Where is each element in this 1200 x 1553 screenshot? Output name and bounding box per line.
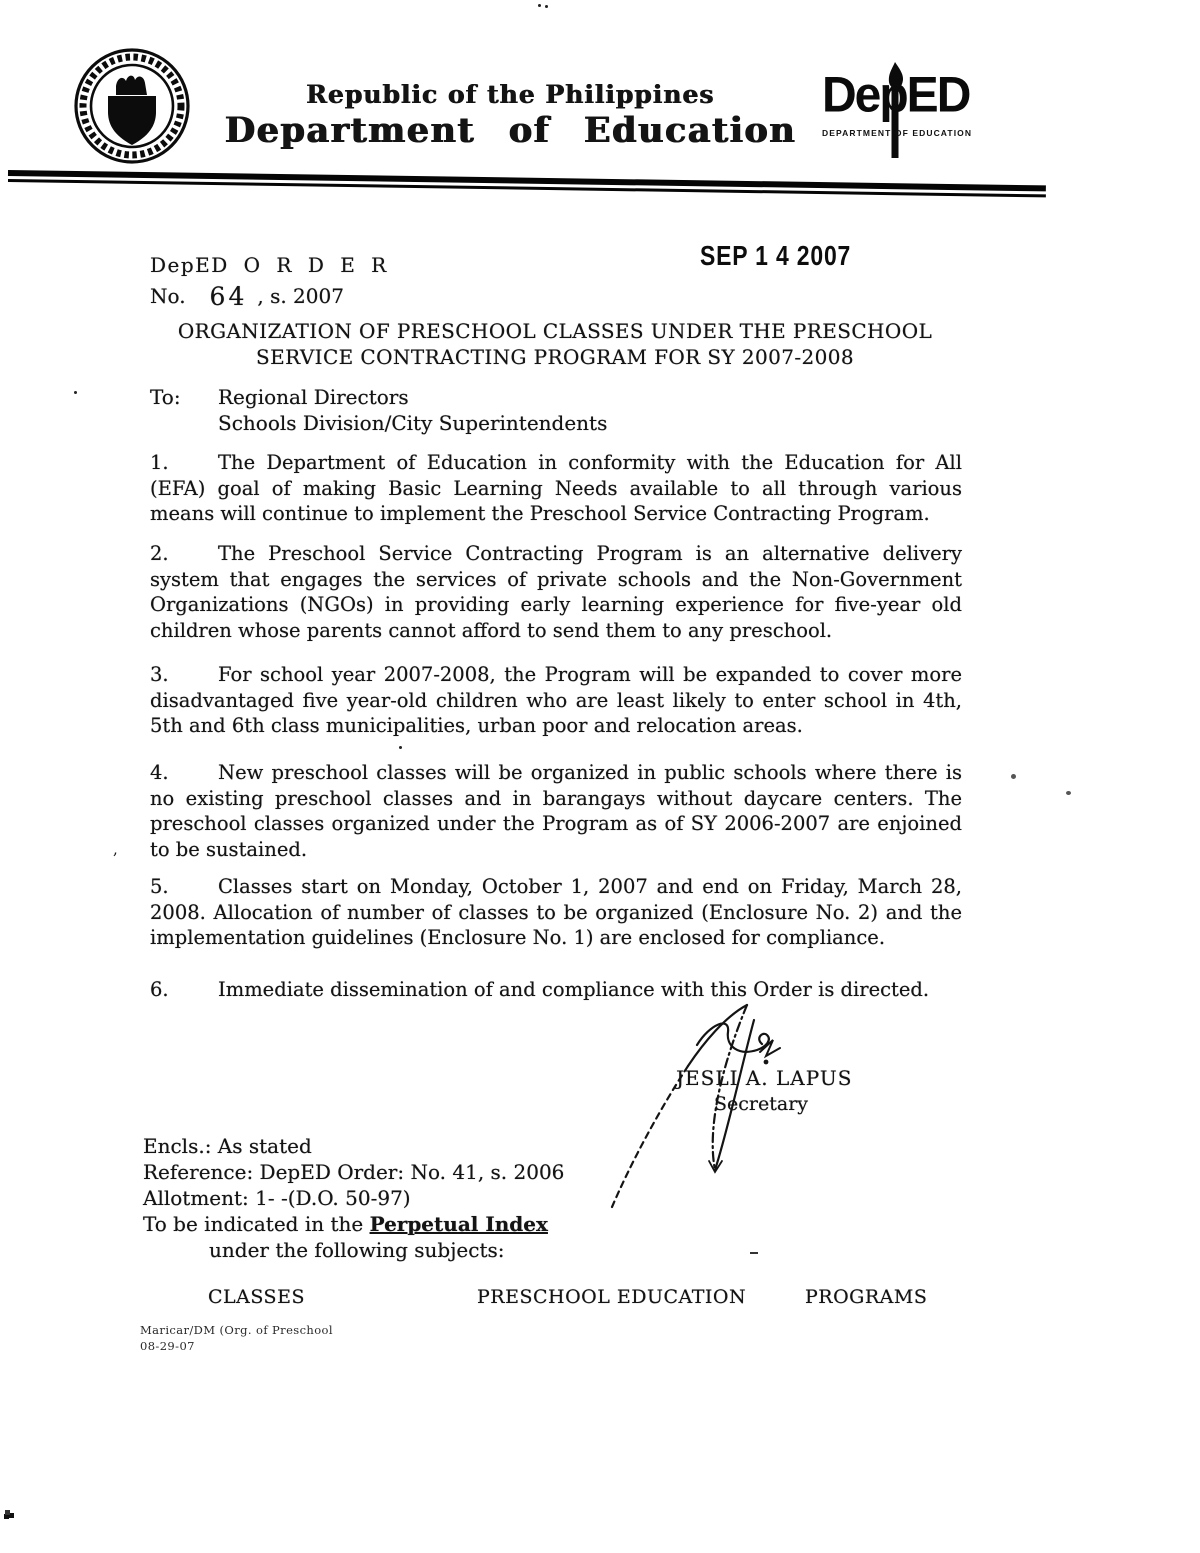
- order-title-line2: SERVICE CONTRACTING PROGRAM FOR SY 2007-…: [150, 344, 960, 370]
- scan-artifact: [1011, 774, 1016, 779]
- order-paragraph-2: 2.The Preschool Service Contracting Prog…: [150, 541, 962, 643]
- paragraph-number: 2.: [150, 541, 218, 567]
- recipient: Regional Directors: [218, 384, 607, 410]
- deped-order-document: , Republic of the Philippines Department…: [0, 0, 1200, 1553]
- paragraph-text: New preschool classes will be organized …: [150, 761, 962, 861]
- scan-artifact: [750, 1252, 758, 1254]
- order-paragraph-1: 1.The Department of Education in conform…: [150, 450, 962, 527]
- order-no-label: No.: [150, 284, 186, 308]
- paragraph-number: 5.: [150, 874, 218, 900]
- reference-line: Reference: DepED Order: No. 41, s. 2006: [143, 1159, 564, 1185]
- order-number-block: DepED O R D E R No.64, s. 2007: [150, 252, 388, 309]
- subject-preschool-education: PRESCHOOL EDUCATION: [477, 1286, 746, 1308]
- paragraph-text: Classes start on Monday, October 1, 2007…: [150, 875, 962, 949]
- deped-logo-subtext: DEPARTMENT OF EDUCATION: [822, 128, 1002, 138]
- footnote-line2: 08-29-07: [140, 1338, 333, 1354]
- order-title: ORGANIZATION OF PRESCHOOL CLASSES UNDER …: [150, 318, 960, 370]
- order-paragraph-6: 6.Immediate dissemination of and complia…: [150, 977, 962, 1003]
- scan-artifact: ,: [113, 840, 118, 858]
- paragraph-text: Immediate dissemination of and complianc…: [218, 978, 929, 1001]
- addressee-block: To: Regional Directors Schools Division/…: [150, 384, 607, 436]
- signatory-name: JESLI A. LAPUS: [676, 1066, 852, 1090]
- order-number-line: No.64, s. 2007: [150, 282, 388, 309]
- order-no-value: 64: [210, 282, 248, 311]
- header-department-line: Department of Education: [150, 110, 870, 151]
- order-paragraph-3: 3.For school year 2007-2008, the Program…: [150, 662, 962, 739]
- scan-artifact: [74, 391, 77, 394]
- paragraph-text: The Department of Education in conformit…: [150, 451, 962, 525]
- order-no-suffix: , s. 2007: [257, 284, 344, 308]
- to-label: To:: [150, 384, 181, 410]
- order-paragraph-4: 4.New preschool classes will be organize…: [150, 760, 962, 862]
- header-republic-line: Republic of the Philippines: [150, 80, 870, 109]
- subject-classes: CLASSES: [208, 1286, 305, 1308]
- footnote-block: Maricar/DM (Org. of Preschool 08-29-07: [140, 1322, 333, 1354]
- paragraph-number: 1.: [150, 450, 218, 476]
- deped-logo: DepED DEPARTMENT OF EDUCATION: [822, 76, 1002, 172]
- perpetual-index-pre: To be indicated in the: [143, 1212, 370, 1236]
- paragraph-number: 3.: [150, 662, 218, 688]
- notes-block: Encls.: As stated Reference: DepED Order…: [143, 1133, 564, 1263]
- scan-artifact: [399, 746, 402, 749]
- order-paragraph-5: 5.Classes start on Monday, October 1, 20…: [150, 874, 962, 951]
- paragraph-number: 4.: [150, 760, 218, 786]
- subjects-intro-line: under the following subjects:: [143, 1237, 564, 1263]
- date-received-stamp: SEP 1 4 2007: [700, 240, 851, 272]
- footnote-line1: Maricar/DM (Org. of Preschool: [140, 1322, 333, 1338]
- scan-artifact: [5, 1510, 10, 1515]
- enclosures-line: Encls.: As stated: [143, 1133, 564, 1159]
- paragraph-text: The Preschool Service Contracting Progra…: [150, 542, 962, 642]
- recipient: Schools Division/City Superintendents: [218, 410, 607, 436]
- order-title-line1: ORGANIZATION OF PRESCHOOL CLASSES UNDER …: [150, 318, 960, 344]
- scan-artifact: [538, 4, 541, 7]
- perpetual-index-line: To be indicated in the Perpetual Index: [143, 1211, 564, 1237]
- scan-artifact: [1066, 791, 1071, 795]
- allotment-line: Allotment: 1- -(D.O. 50-97): [143, 1185, 564, 1211]
- order-heading: DepED O R D E R: [150, 252, 388, 278]
- perpetual-index-term: Perpetual Index: [370, 1212, 548, 1236]
- paragraph-text: For school year 2007-2008, the Program w…: [150, 663, 962, 737]
- torch-icon: [882, 60, 908, 160]
- paragraph-number: 6.: [150, 977, 218, 1003]
- subject-programs: PROGRAMS: [805, 1286, 927, 1308]
- signatory-title: Secretary: [714, 1093, 808, 1115]
